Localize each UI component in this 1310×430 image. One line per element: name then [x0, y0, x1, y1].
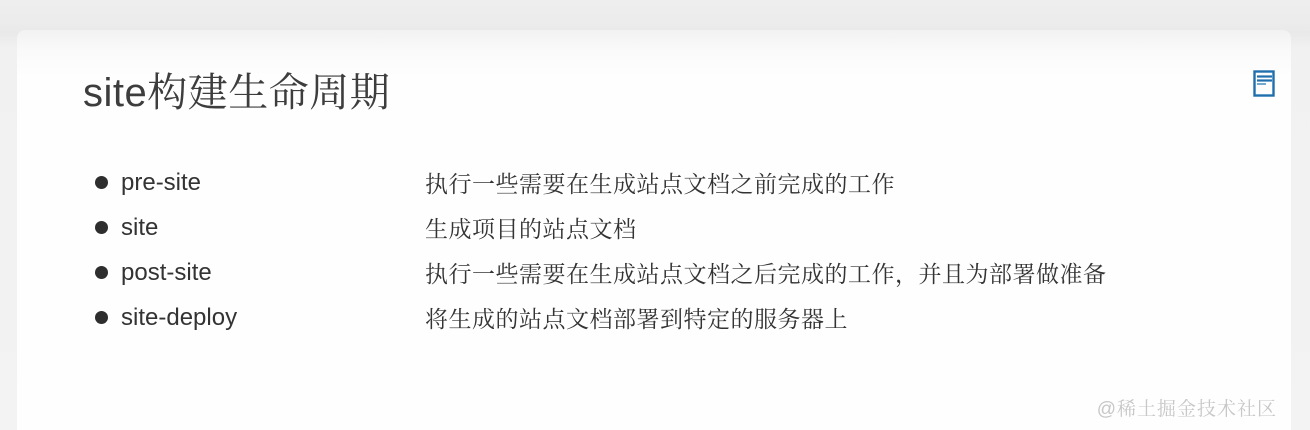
bullet-icon [95, 266, 108, 279]
phase-label: site [121, 214, 425, 242]
lifecycle-row: site 生成项目的站点文档 [95, 205, 1251, 250]
bullet-icon [95, 311, 108, 324]
lifecycle-row: pre-site 执行一些需要在生成站点文档之前完成的工作 [95, 160, 1251, 205]
lifecycle-row: post-site 执行一些需要在生成站点文档之后完成的工作，并且为部署做准备 [95, 250, 1251, 295]
phase-label: site-deploy [121, 304, 425, 332]
phase-description: 执行一些需要在生成站点文档之前完成的工作 [425, 166, 1251, 199]
bullet-icon [95, 176, 108, 189]
phase-description: 执行一些需要在生成站点文档之后完成的工作，并且为部署做准备 [425, 256, 1251, 289]
phase-label: post-site [121, 259, 425, 287]
bullet-icon [95, 221, 108, 234]
watermark: @稀土掘金技术社区 [1097, 394, 1277, 421]
slide-page: site构建生命周期 pre-site 执行一些需要在生成站点文档之前完成的工作… [0, 0, 1310, 430]
phase-description: 将生成的站点文档部署到特定的服务器上 [425, 301, 1251, 334]
page-title: site构建生命周期 [83, 70, 390, 116]
document-outline-icon[interactable] [1253, 70, 1275, 97]
lifecycle-list: pre-site 执行一些需要在生成站点文档之前完成的工作 site 生成项目的… [95, 160, 1251, 340]
phase-label: pre-site [121, 169, 425, 197]
lifecycle-row: site-deploy 将生成的站点文档部署到特定的服务器上 [95, 295, 1251, 340]
slide-card: site构建生命周期 pre-site 执行一些需要在生成站点文档之前完成的工作… [17, 30, 1291, 430]
phase-description: 生成项目的站点文档 [425, 211, 1251, 244]
